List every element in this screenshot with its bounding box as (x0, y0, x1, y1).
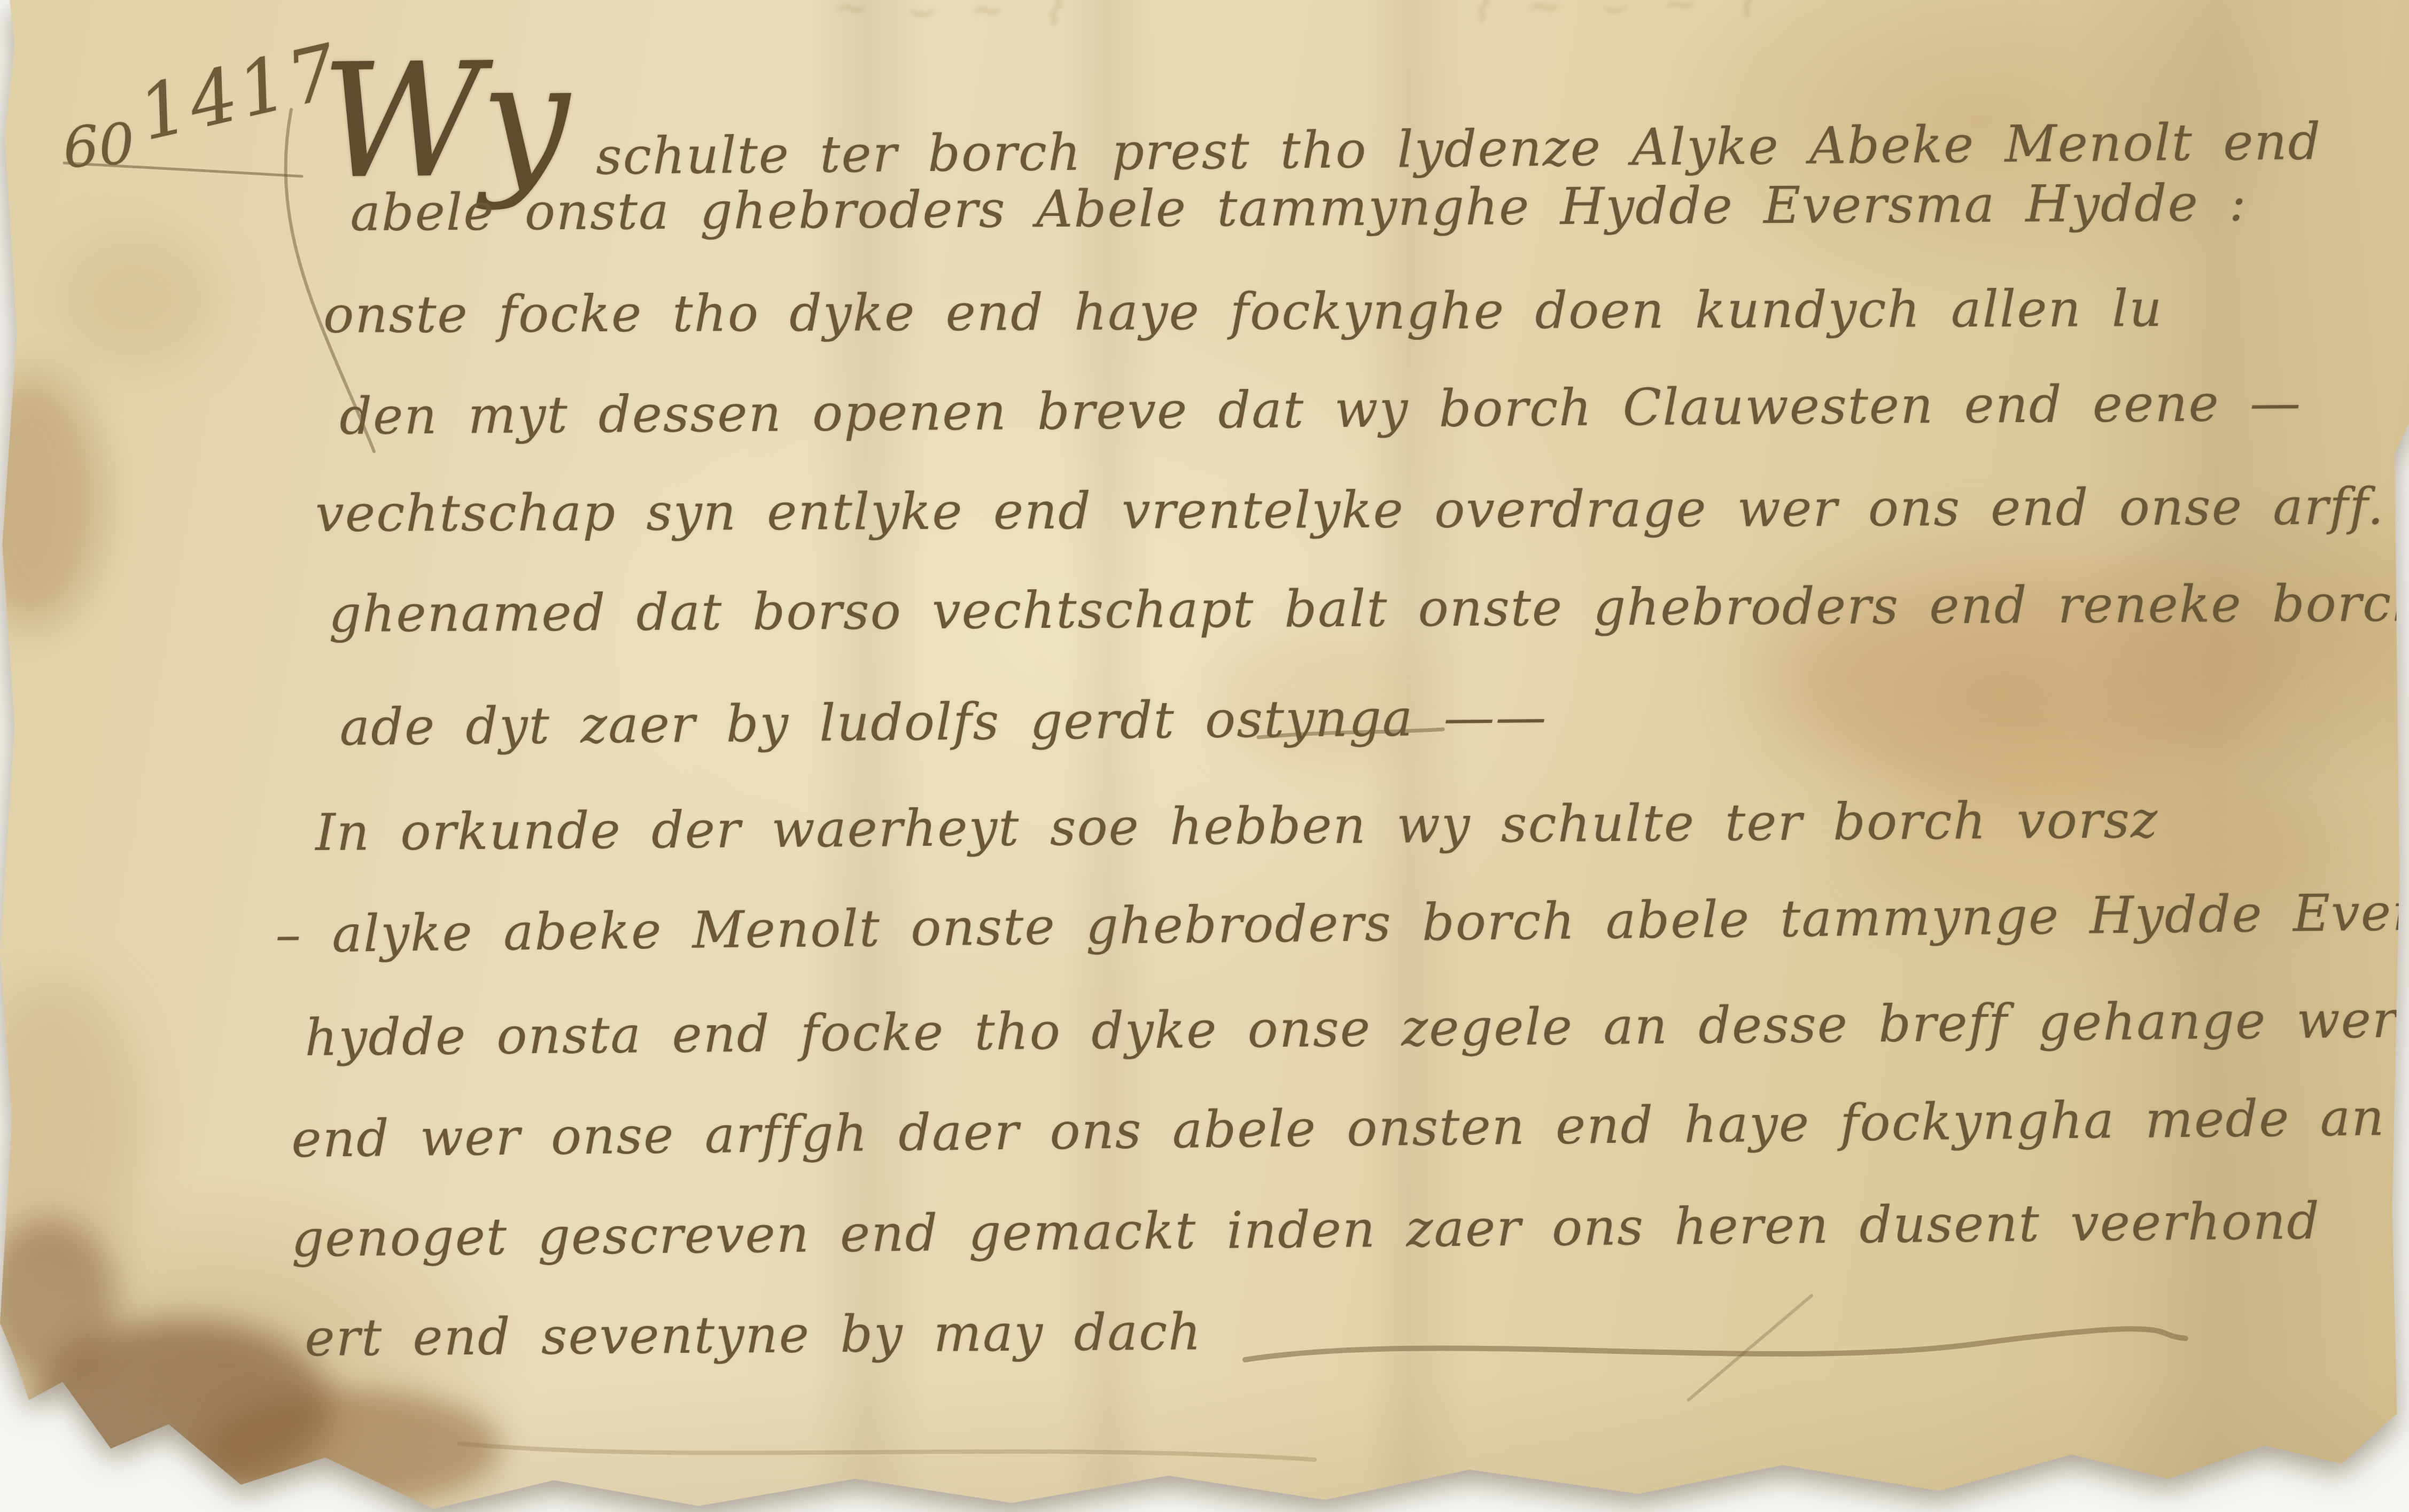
year-annotation: 1417 (131, 27, 348, 158)
bottom-edge-stroke (460, 1444, 1315, 1460)
text-line-4: den myt dessen openen breve dat wy borch… (339, 378, 2302, 442)
stain-left-edge (0, 374, 102, 625)
text-line-9: – alyke abeke Menolt onste ghebroders bo… (275, 886, 2409, 961)
opening-initial: Wy (321, 61, 571, 181)
text-line-13: ert end seventyne by may dach (305, 1307, 1202, 1364)
closing-flourish-stroke (1245, 1329, 2186, 1360)
stain-left-corner (0, 1218, 118, 1378)
text-line-1: Wy schulte ter borch prest tho lydenze A… (321, 45, 2322, 185)
text-line-3: onste focke tho dyke end haye fockynghe … (323, 284, 2163, 341)
stain-left-lower (0, 978, 144, 1277)
verso-showthrough-right: ⌇ ∼ ⌣ ~ ⌇ (1469, 0, 1759, 33)
text-line-12: genoget gescreven end gemackt inden zaer… (291, 1196, 2320, 1265)
text-line-11: end wer onse arffgh daer ons abele onste… (291, 1093, 2385, 1165)
text-line-5: vechtschap syn entlyke end vrentelyke ov… (315, 481, 2385, 540)
stain-bottom-left-mid (203, 1389, 502, 1507)
diagonal-slash-stroke (1689, 1296, 1812, 1400)
text-line-10: hydde onsta end focke tho dyke onse zege… (305, 994, 2409, 1064)
paper-sheet: ~ ⌣ ∼ ⌇ ⌇ ∼ ⌣ ~ ⌇ 1417 60 Wy schulte ter… (0, 0, 2409, 1512)
text-line-7: ade dyt zaer by ludolfs gerdt ostynga —— (339, 692, 1548, 753)
text-line-6: ghenamed dat borso vechtschapt balt onst… (329, 578, 2409, 640)
manuscript-scan: ~ ⌣ ∼ ⌇ ⌇ ∼ ⌣ ~ ⌇ 1417 60 Wy schulte ter… (0, 0, 2409, 1512)
stain-bottom-left-dark (32, 1320, 331, 1496)
paper-shadow: ~ ⌣ ∼ ⌇ ⌇ ∼ ⌣ ~ ⌇ 1417 60 Wy schulte ter… (0, 0, 2409, 1512)
text-line-1-body: schulte ter borch prest tho lydenze Alyk… (596, 116, 2322, 182)
text-line-8: In orkunde der waerheyt soe hebben wy sc… (315, 795, 2159, 859)
folio-number: 60 (61, 111, 137, 181)
stain-upper-left-faint (59, 230, 219, 369)
verso-showthrough-left: ~ ⌣ ∼ ⌇ (833, 0, 1066, 36)
text-line-2: abele onsta ghebroders Abele tammynghe H… (350, 178, 2247, 239)
